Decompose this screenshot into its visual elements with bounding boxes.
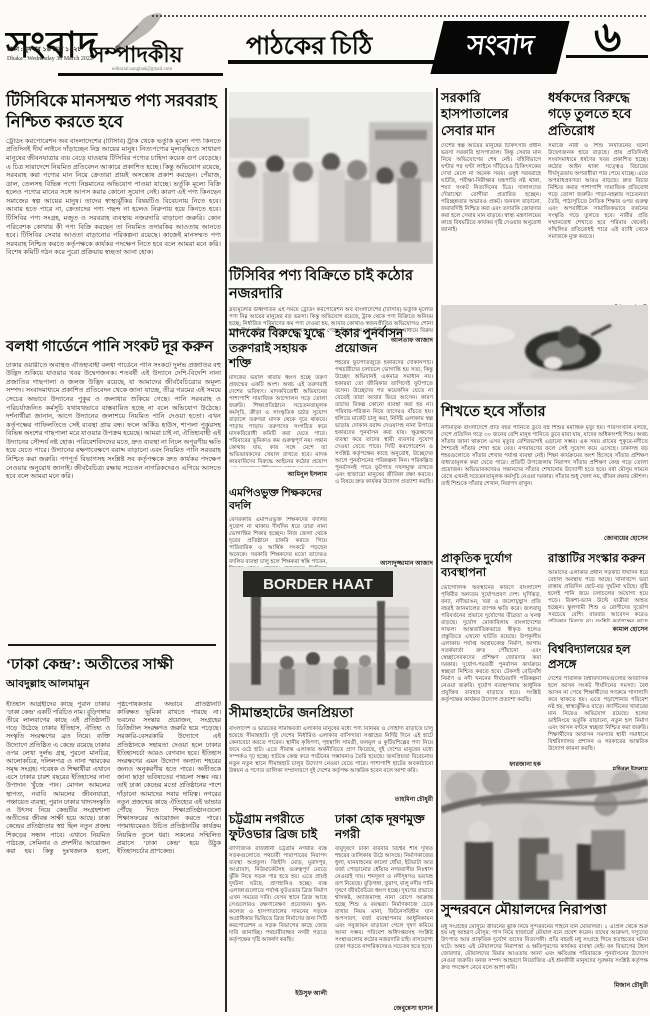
dateline-en: Dhaka : Wednesday 30 March 2022 <box>7 55 93 63</box>
editorial-2-body: ঢাকার ওয়ারীতে অবস্থিত ঐতিহ্যবাহী বলধা গ… <box>6 362 221 610</box>
letter-swim-headline: শিখতে হবে সাঁতার <box>441 403 648 421</box>
editorial-article-2: বলধা গার্ডেনে পানি সংকট দূর করুন ঢাকার ও… <box>6 338 221 610</box>
right-col-b: ধর্ষকদের বিরুদ্ধে গড়ে তুলতে হবে প্রতিরো… <box>548 90 648 314</box>
letter-border: সীমান্তহাটের জনপ্রিয়তা বাংলাদেশ ও ভারতে… <box>229 705 433 805</box>
letter-swim-body: নদীমাতৃক বাংলাদেশে প্রতি বছর পানিতে ডুবে… <box>441 425 648 531</box>
middle-col-d: ঢাকা হোক দূষণমুক্ত নগরী বায়ুদূষণে ঢাকা … <box>335 812 433 1014</box>
letter-border-byline: তাহমিনা চৌধুরী <box>229 794 433 805</box>
letter-hospital-headline: সরকারি হাসপাতালের সেবার মান <box>441 90 541 139</box>
letter-sundarban-headline: সুন্দরবনে মৌয়ালদের নিরাপত্তা <box>441 902 648 920</box>
letter-ctg-byline: ইউসুফ আলী <box>229 988 327 999</box>
right-letter-row-2: প্রাকৃতিক দুর্যোগ ব্যবস্থাপনা ভৌগোলিক অব… <box>441 552 648 775</box>
middle-col-c: চট্টগ্রাম নগরীতে ফুটওভার ব্রিজ চাই বাণিজ… <box>229 812 327 1014</box>
letter-hospital-body: দেশের স্বল্প আয়ের মানুষের চিকিৎসার প্রধ… <box>441 143 541 301</box>
letter-border-body: বাংলাদেশ ও ভারতের সীমান্তবর্তী এলাকার মা… <box>229 726 433 792</box>
editorial-email: editorial.sangbad@gmail.com <box>112 67 172 72</box>
letter-rape-body: সমাজে নারী ও শিশু নির্যাতনের ঘটনা উদ্বেগ… <box>548 143 648 301</box>
honey-collectors-photo <box>441 770 648 900</box>
dateline: ঢাকা : বুধবার ১৬ চৈত্র ১৪২৮ Dhaka : Wedn… <box>7 46 93 63</box>
letter-drugs-byline: আমিনুল ইসলাম <box>229 469 327 480</box>
column-rule-left <box>225 88 227 1012</box>
letter-hawker-body: শহরের ফুটপাতজুড়ে হকারদের দোকানপাট। পথচা… <box>335 360 433 556</box>
middle-letter-row-2: চট্টগ্রাম নগরীতে ফুটওভার ব্রিজ চাই বাণিজ… <box>229 812 433 1014</box>
editorial-divider <box>8 644 216 646</box>
page-number: ৬ <box>594 4 621 75</box>
letter-road-byline: কামাল হোসেন <box>548 624 648 635</box>
editorial-article-1: টিসিবিকে মানসম্মত পণ্য সরবরাহ নিশ্চিত কর… <box>6 90 221 330</box>
letter-university-body: দেশের পাবলিক বিশ্ববিদ্যালয়গুলোর আবাসিক … <box>548 676 648 762</box>
editorial-1-headline: টিসিবিকে মানসম্মত পণ্য সরবরাহ নিশ্চিত কর… <box>6 90 221 133</box>
nameplate-text: সংবাদ <box>464 25 536 70</box>
middle-col-a: মাদকের বিরুদ্ধে যুদ্ধে তরুণরাই সহায়ক শক… <box>229 326 327 600</box>
letter-disaster-headline: প্রাকৃতিক দুর্যোগ ব্যবস্থাপনা <box>441 552 541 581</box>
border-haat-photo: BORDER HAAT <box>229 567 433 701</box>
right-col-d: রাস্তাটির সংস্কার করুন আমাদের এলাকার প্র… <box>548 552 648 775</box>
letter-sundarban-body: মধু সংগ্রহের মৌসুমে জীবনের ঝুঁকি নিয়ে স… <box>441 924 648 978</box>
swimming-child-photo <box>441 305 648 400</box>
letter-hawker-headline: হকার পুনর্বাসন প্রয়োজন <box>335 326 433 356</box>
letter-border-headline: সীমান্তহাটের জনপ্রিয়তা <box>229 705 433 722</box>
middle-letter-row-1: মাদকের বিরুদ্ধে যুদ্ধে তরুণরাই সহায়ক শক… <box>229 326 433 600</box>
letter-road-body: আমাদের এলাকার প্রধান সড়কটি দীর্ঘদিন ধরে… <box>548 570 648 622</box>
letter-disaster-byline: ফারজানা হক <box>441 759 541 770</box>
letter-ctg-body: বাণিজ্যিক রাজধানী চট্টগ্রাম নগরীর ব্যস্ত… <box>229 846 327 986</box>
border-haat-sign-text: BORDER HAAT <box>263 576 373 593</box>
feature-author: আবদুল্লাহ আলমামুন <box>6 677 221 694</box>
feature-headline: ‘ঢাকা কেন্দ্র’: অতীতের সাক্ষী <box>6 656 221 675</box>
letter-drugs-headline: মাদকের বিরুদ্ধে যুদ্ধে তরুণরাই সহায়ক শক… <box>229 326 327 371</box>
letter-mpo-headline: এমপিওভুক্ত শিক্ষকদের বদলি <box>229 487 327 513</box>
letter-ctg-headline: চট্টগ্রাম নগরীতে ফুটওভার ব্রিজ চাই <box>229 812 327 842</box>
tcb-crowd-photo <box>229 92 433 264</box>
letter-road-headline: রাস্তাটির সংস্কার করুন <box>548 552 648 566</box>
column-rule-right <box>436 88 438 1012</box>
letter-sundarban: সুন্দরবনে মৌয়ালদের নিরাপত্তা মধু সংগ্রহ… <box>441 902 648 991</box>
right-col-a: সরকারি হাসপাতালের সেবার মান দেশের স্বল্প… <box>441 90 541 314</box>
letter-rape-headline: ধর্ষকদের বিরুদ্ধে গড়ে তুলতে হবে প্রতিরো… <box>548 90 648 139</box>
middle-col-b: হকার পুনর্বাসন প্রয়োজন শহরের ফুটপাতজুড়… <box>335 326 433 600</box>
right-col-c: প্রাকৃতিক দুর্যোগ ব্যবস্থাপনা ভৌগোলিক অব… <box>441 552 541 775</box>
dateline-bn: ঢাকা : বুধবার ১৬ চৈত্র ১৪২৮ <box>7 46 93 55</box>
letter-drugs-body: মাদকের ভয়াল থাবায় ধ্বংস হচ্ছে তরুণ প্র… <box>229 375 327 467</box>
feature-body: ইতিহাস আগ্রহীদের কাছে পুরান ঢাকার ‘ঢাকা … <box>6 701 221 1007</box>
editorial-1-body: ট্রেডিং করপোরেশন অব বাংলাদেশের (টিসিবি) … <box>6 138 221 330</box>
top-dotted-rule <box>152 15 646 17</box>
feature-column-article: ‘ঢাকা কেন্দ্র’: অতীতের সাক্ষী আবদুল্লাহ … <box>6 656 221 1007</box>
newspaper-page: সংবাদ ঢাকা : বুধবার ১৬ চৈত্র ১৪২৮ Dhaka … <box>0 0 650 1016</box>
letter-tcb-headline: টিসিবির পণ্য বিক্রিতে চাই কঠোর নজরদারি <box>229 267 433 303</box>
page-header-underline-bar <box>228 60 440 64</box>
letter-swim: শিখতে হবে সাঁতার নদীমাতৃক বাংলাদেশে প্রত… <box>441 403 648 544</box>
letter-university-headline: বিশ্ববিদ্যালয়ের হল প্রসঙ্গে <box>548 643 648 672</box>
editorial-underline-bar <box>58 73 223 76</box>
letter-pollution-body: বায়ুদূষণে ঢাকা বারবার বিশ্বের শীর্ষ দূষ… <box>335 846 433 1001</box>
letter-disaster-body: ভৌগোলিক অবস্থানের কারণে বাংলাদেশ পৃথিবীর… <box>441 585 541 757</box>
letter-sundarban-byline: মিজান চৌধুরী <box>441 980 648 991</box>
letter-pollution-byline: জেবুন্নেসা হাসান <box>335 1003 433 1014</box>
editorial-2-headline: বলধা গার্ডেনে পানি সংকট দূর করুন <box>6 338 221 357</box>
letter-pollution-headline: ঢাকা হোক দূষণমুক্ত নগরী <box>335 812 433 842</box>
right-letter-row-1: সরকারি হাসপাতালের সেবার মান দেশের স্বল্প… <box>441 90 648 314</box>
letter-swim-byline: জোবায়ের হোসেন <box>441 533 648 544</box>
nameplate-box: সংবাদ <box>430 21 569 74</box>
